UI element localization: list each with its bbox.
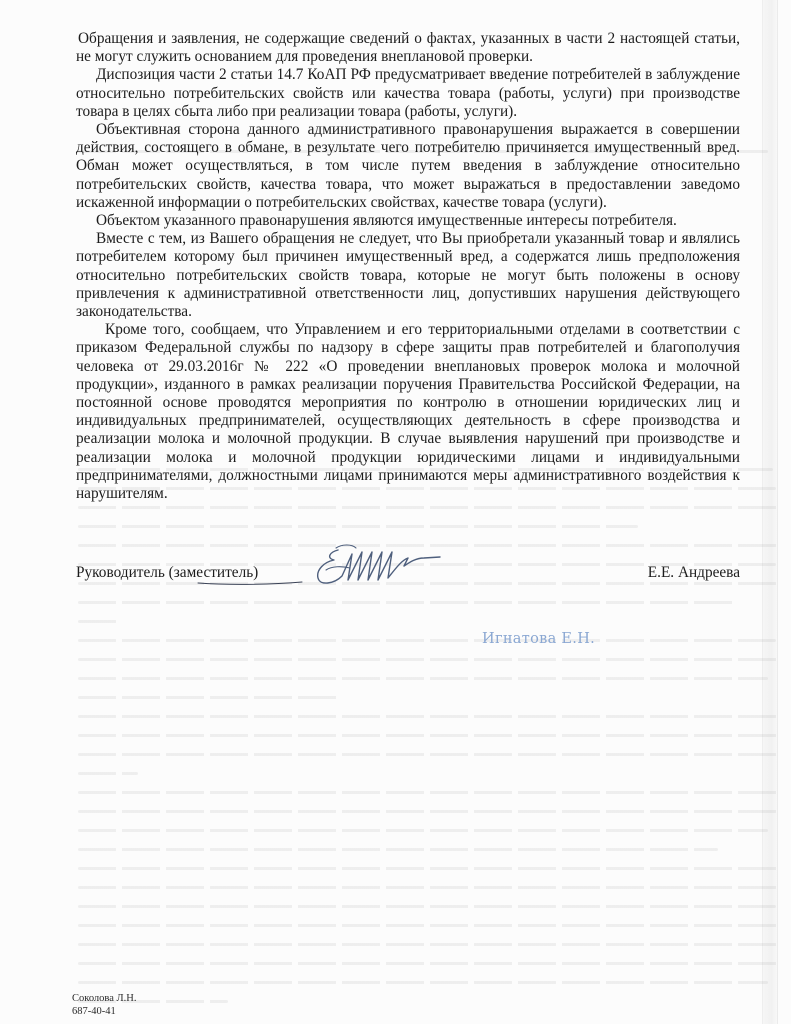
paragraph: Объективная сторона данного администрати… <box>76 121 740 212</box>
executor-footer: Соколова Л.Н. 687-40-41 <box>72 993 136 1018</box>
executor-phone: 687-40-41 <box>72 1006 136 1019</box>
pen-underline <box>196 580 304 586</box>
executor-name: Соколова Л.Н. <box>72 993 136 1006</box>
paragraph: Объектом указанного правонарушения являю… <box>76 212 740 230</box>
letter-body: Обращения и заявления, не содержащие све… <box>76 30 740 503</box>
paragraph: Диспозиция части 2 статьи 14.7 КоАП РФ п… <box>76 66 740 121</box>
signatory-name: Е.Е. Андреева <box>648 564 740 582</box>
signature-block: Руководитель (заместитель) Е.Е. Андреева <box>76 564 740 588</box>
document-page: Обращения и заявления, не содержащие све… <box>0 0 791 1024</box>
paragraph: Кроме того, сообщаем, что Управлением и … <box>76 321 740 503</box>
name-stamp: Игнатова Е.Н. <box>482 631 595 647</box>
paragraph: Вместе с тем, из Вашего обращения не сле… <box>76 230 740 321</box>
paragraph: Обращения и заявления, не содержащие све… <box>76 30 740 66</box>
